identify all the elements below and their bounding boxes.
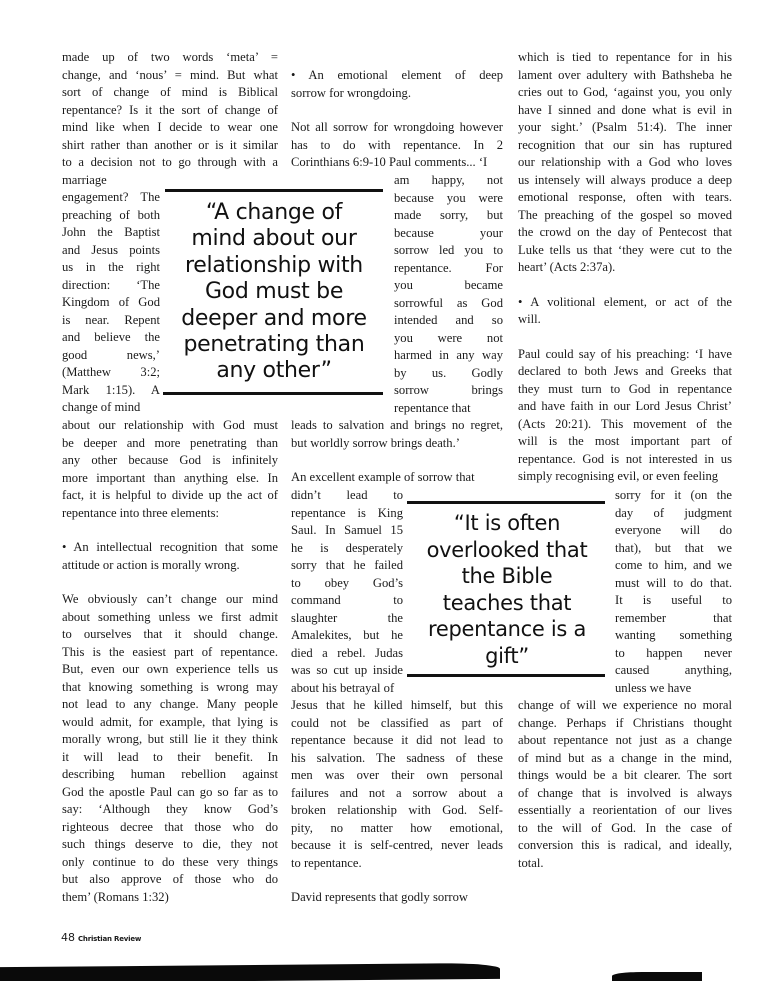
text-line: change. Perhaps if Christians thought [518,715,732,733]
text-line: say: ‘Although they know God’s [62,801,278,819]
text-line: must will to do that. [615,575,732,593]
text-line: repentance because it did not lead to [291,732,503,750]
text-line: any other” [163,358,385,384]
text-line: lament over adultery with Bathsheba he [518,67,732,85]
text-line: morally wrong, but still lie it they thi… [62,731,278,749]
column-1: made up of two words ‘meta’ =change, and… [62,49,278,189]
text-line: because it is self-centred, never leads [291,837,503,855]
text-line: repentance into three elements: [62,505,278,523]
paragraph-intro-wrap: engagement? Thepreaching of bothJohn the… [62,189,160,417]
text-line: • An intellectual recognition that some [62,539,278,557]
text-line: sorrow led you to [394,242,503,260]
text-line: our relationship with a God who loves [518,154,732,172]
text-line: to ourselves that it should change. [62,626,278,644]
page-footer: 48Christian Review [61,931,141,944]
text-line: total. [518,855,732,873]
text-line: marriage [62,172,278,190]
paragraph-paul: Paul could say of his preaching: ‘I have… [518,346,732,486]
text-line: was so cut up inside [291,662,403,680]
text-line: would admit, for example, that lying is [62,714,278,732]
text-line: be deeper and more penetrating than [62,435,278,453]
text-line: didn’t lead to [291,487,403,505]
text-line: sorrow brings [394,382,503,400]
text-line: us in the right [62,259,160,277]
text-line: essentially a reorientation of our lives [518,802,732,820]
text-line: sorrow for wrongdoing. [291,85,503,103]
text-line: because you were [394,190,503,208]
text-line: sorry for it (on the [615,487,732,505]
text-line: them’ (Romans 1:32) [62,889,278,907]
text-line: about repentance not just as a change [518,732,732,750]
text-line: (Acts 20:21). This movement of the [518,416,732,434]
text-line: • A volitional element, or act of the [518,294,732,312]
paragraph-intro-end: about our relationship with God mustbe d… [62,417,278,522]
text-line: declared to both Jews and Greeks that [518,363,732,381]
text-line: “A change of [163,200,385,226]
text-line: deeper and more [163,306,385,332]
paragraph-sorrow: Not all sorrow for wrongdoing howeverhas… [291,119,503,172]
text-line: caused anything, [615,662,732,680]
bullet-volitional: • A volitional element, or act of thewil… [518,294,732,329]
text-line: The preaching of the gospel so moved [518,207,732,225]
text-line: Corinthians 6:9-10 Paul comments... ‘I [291,154,503,172]
text-line: wanting something [615,627,732,645]
text-line: will. [518,311,732,329]
text-line: John the Baptist [62,224,160,242]
text-line: We obviously can’t change our mind [62,591,278,609]
column-3: which is tied to repentance for in hisla… [518,49,732,486]
text-line: he is desperately [291,540,403,558]
text-line: Jesus that he killed himself, but this [291,697,503,715]
text-line: of change that is involved is always [518,785,732,803]
text-line: am happy, not [394,172,503,190]
paragraph-paul-wrap: sorry for it (on theday of judgmentevery… [615,487,732,697]
paragraph-example-wrap: didn’t lead torepentance is KingSaul. In… [291,487,403,697]
text-line: his salvation. The sadness of these [291,750,503,768]
text-line: It is useful to [615,592,732,610]
text-line: any other because God is infinitely [62,452,278,470]
text-line: This is the easiest part of repentance. [62,644,278,662]
bullet-intellectual: • An intellectual recognition that somea… [62,539,278,574]
text-line: to the will of God. In the case of [518,820,732,838]
text-line: by us. Godly [394,365,503,383]
text-line: unless we have [615,680,732,698]
text-line: died a rebel. Judas [291,645,403,663]
text-line: repentance. For [394,260,503,278]
text-line: is near. Repent [62,312,160,330]
text-line: about our relationship with God must [62,417,278,435]
text-line: things would be a bit clearer. The sort [518,767,732,785]
text-line: preaching of both [62,207,160,225]
text-line: and Jesus points [62,242,160,260]
text-line: attitude or action is morally wrong. [62,557,278,575]
text-line: but also approve of those who do [62,871,278,889]
text-line: it will lead to their benefit. In [62,749,278,767]
text-line: only continue to do these very things [62,854,278,872]
pullquote-1: “A change ofmind about ourrelationship w… [163,200,385,385]
text-line: righteous decree that those who do [62,819,278,837]
text-line: “It is often [405,510,609,537]
text-line: cries out to God, ‘against you, you only [518,84,732,102]
text-line: your sight.’ (Psalm 51:4). The inner [518,119,732,137]
text-line: (Matthew 3:2; [62,364,160,382]
text-line: David represents that godly sorrow [291,889,503,907]
text-line: will is the most important part of [518,433,732,451]
column-2-narrow-2: didn’t lead torepentance is KingSaul. In… [291,487,403,697]
text-line: fact, it is helpful to divide up the act… [62,487,278,505]
text-line: repentance that [394,400,503,418]
text-line: gift” [405,643,609,670]
text-line: pity, no matter how emotional, [291,820,503,838]
text-line: Paul could say of his preaching: ‘I have [518,346,732,364]
text-line: not lead to any change. Many people [62,696,278,714]
paragraph-obviously: We obviously can’t change our mindabout … [62,591,278,906]
text-line: intended and so [394,312,503,330]
text-line: conversion this is radical, and ideally, [518,837,732,855]
text-line: broken relationship with God. Self- [291,802,503,820]
scan-edge-shadow-right [612,972,702,981]
text-line: to obey God’s [291,575,403,593]
text-line: the crowd on the day of Pentecost that [518,224,732,242]
text-line: change of will we experience no moral [518,697,732,715]
text-line: direction: ‘The [62,277,160,295]
text-line: could not be classified as part of [291,715,503,733]
pullquote-1-bottom-rule [163,392,383,395]
text-line: because your [394,225,503,243]
text-line: sorrowful as God [394,295,503,313]
paragraph-sorrow-wrap: am happy, notbecause you weremade sorry,… [394,172,503,417]
pullquote-1-top-rule [165,189,383,192]
text-line: repentance. God is not interested in us [518,451,732,469]
column-1-narrow: engagement? Thepreaching of bothJohn the… [62,189,160,417]
bullet-emotional: • An emotional element of deepsorrow for… [291,67,503,102]
column-3-lower: change of will we experience no moralcha… [518,697,732,872]
text-line: command to [291,592,403,610]
text-line: sorry that he failed [291,557,403,575]
text-line: the Bible [405,563,609,590]
text-line: they must turn to God in repentance [518,381,732,399]
text-line: about his betrayal of [291,680,403,698]
text-line: overlooked that [405,537,609,564]
text-line: harmed in any way [394,347,503,365]
paragraph-example-end: Jesus that he killed himself, but thisco… [291,697,503,872]
pullquote-2-top-rule [407,501,605,504]
text-line: Luke tells us that ‘they were cut to the [518,242,732,260]
text-line: teaches that [405,590,609,617]
column-1-lower: about our relationship with God mustbe d… [62,417,278,906]
text-line: and have faith in our Lord Jesus Christ’ [518,398,732,416]
text-line: An excellent example of sorrow that [291,469,503,487]
text-line: God the apostle Paul can go so far as to [62,784,278,802]
text-line: to happen never [615,645,732,663]
text-line: have I sinned and done what is evil in [518,102,732,120]
text-line: made up of two words ‘meta’ = [62,49,278,67]
text-line: mind like when I decide to wear one [62,119,278,137]
text-line: everyone will do [615,522,732,540]
text-line: about something unless we first admit [62,609,278,627]
text-line: day of judgment [615,505,732,523]
paragraph-sorrow-end: leads to salvation and brings no regret,… [291,417,503,452]
text-line: men was over their own personal [291,767,503,785]
scan-edge-shadow [0,963,500,981]
page-number: 48 [61,931,75,944]
text-line: but worldly sorrow brings death.’ [291,435,503,453]
text-line: shirt rather than another or is it simil… [62,137,278,155]
text-line: Saul. In Samuel 15 [291,522,403,540]
text-line: penetrating than [163,332,385,358]
text-line: recognition that our sin has ruptured [518,137,732,155]
text-line: repentance is a [405,616,609,643]
text-line: more important than anything else. In [62,470,278,488]
column-2: • An emotional element of deepsorrow for… [291,67,503,172]
text-line: heart’ (Acts 2:37a). [518,259,732,277]
text-line: of mind but as a change in the mind, [518,750,732,768]
text-line: mind about our [163,226,385,252]
column-2-lower: Jesus that he killed himself, but thisco… [291,697,503,907]
paragraph-example: An excellent example of sorrow that [291,469,503,487]
text-line: such things deserve to die, they not [62,836,278,854]
publication-name: Christian Review [78,935,141,943]
column-2-narrow: am happy, notbecause you weremade sorry,… [394,172,503,417]
text-line: and believe the [62,329,160,347]
text-line: good news,’ [62,347,160,365]
paragraph-psalm: which is tied to repentance for in hisla… [518,49,732,277]
text-line: simply recognising evil, or even feeling [518,468,732,486]
text-line: to a decision not to go through with a [62,154,278,172]
text-line: repentance? Is it the sort of change of [62,102,278,120]
text-line: that), but that we [615,540,732,558]
text-line: relationship with [163,253,385,279]
text-line: made sorry, but [394,207,503,225]
text-line: remember that [615,610,732,628]
text-line: you became [394,277,503,295]
text-line: Not all sorrow for wrongdoing however [291,119,503,137]
text-line: repentance is King [291,505,403,523]
text-line: failures and not a sorrow about a [291,785,503,803]
column-2-mid: leads to salvation and brings no regret,… [291,417,503,487]
text-line: God must be [163,279,385,305]
text-line: • An emotional element of deep [291,67,503,85]
text-line: change of mind [62,399,160,417]
text-line: that knowing something is wrong may [62,679,278,697]
text-line: to repentance. [291,855,503,873]
pullquote-2-bottom-rule [407,674,605,677]
pullquote-2: “It is oftenoverlooked thatthe Bibleteac… [405,510,609,669]
text-line: engagement? The [62,189,160,207]
column-3-narrow: sorry for it (on theday of judgmentevery… [615,487,732,697]
text-line: describing human rebellion against [62,766,278,784]
paragraph-paul-end: change of will we experience no moralcha… [518,697,732,872]
text-line: Amalekites, but he [291,627,403,645]
text-line: change, and ‘nous’ = mind. But what [62,67,278,85]
text-line: has to do with repentance. In 2 [291,137,503,155]
text-line: Kingdom of God [62,294,160,312]
text-line: us intensely will always produce a deep [518,172,732,190]
text-line: sort of change of mind is Biblical [62,84,278,102]
text-line: come to him, and we [615,557,732,575]
paragraph-david: David represents that godly sorrow [291,889,503,907]
paragraph-intro: made up of two words ‘meta’ =change, and… [62,49,278,189]
text-line: But, even our own experience tells us [62,661,278,679]
text-line: slaughter the [291,610,403,628]
text-line: Mark 1:15). A [62,382,160,400]
text-line: which is tied to repentance for in his [518,49,732,67]
text-line: leads to salvation and brings no regret, [291,417,503,435]
text-line: emotional response, often with tears. [518,189,732,207]
text-line: you were not [394,330,503,348]
